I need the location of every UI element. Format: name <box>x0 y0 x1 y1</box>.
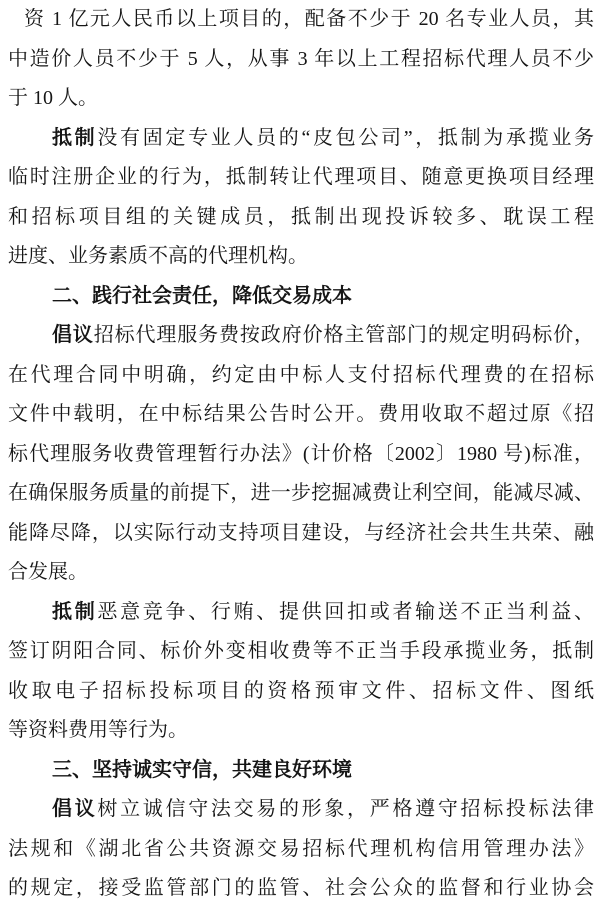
paragraph-line: 于 10 人。 <box>8 79 594 119</box>
document-page: 资 1 亿元人民币以上项目的，配备不少于 20 名专业人员，其 中造价人员不少于… <box>0 0 600 909</box>
paragraph-text: 招标代理服务费按政府价格主管部门的规定明码标价， <box>94 324 594 346</box>
paragraph-line: 的规定，接受监管部门的监管、社会公众的监督和行业协会 <box>8 869 594 909</box>
paragraph-text: 树立诚信守法交易的形象，严格遵守招标投标法律 <box>97 798 594 820</box>
bold-lead: 抵制 <box>52 601 97 623</box>
paragraph-line: 进度、业务素质不高的代理机构。 <box>8 237 594 277</box>
paragraph-line: 收取电子招标投标项目的资格预审文件、招标文件、图纸 <box>8 672 594 712</box>
paragraph-text: 恶意竞争、行贿、提供回扣或者输送不正当利益、 <box>97 601 594 623</box>
paragraph-line: 标代理服务收费管理暂行办法》(计价格〔2002〕1980 号)标准， <box>8 435 594 475</box>
paragraph-line: 在确保服务质量的前提下，进一步挖掘减费让利空间，能减尽减、 <box>8 474 594 514</box>
paragraph: 抵制恶意竞争、行贿、提供回扣或者输送不正当利益、 签订阴阳合同、标价外变相收费等… <box>8 593 594 751</box>
paragraph-line: 法规和《湖北省公共资源交易招标代理机构信用管理办法》 <box>8 830 594 870</box>
paragraph-line: 抵制恶意竞争、行贿、提供回扣或者输送不正当利益、 <box>8 593 594 633</box>
paragraph-line: 等资料费用等行为。 <box>8 711 594 751</box>
paragraph-line: 合发展。 <box>8 553 594 593</box>
paragraph-line: 文件中载明，在中标结果公告时公开。费用收取不超过原《招 <box>8 395 594 435</box>
paragraph-line: 中造价人员不少于 5 人，从事 3 年以上工程招标代理人员不少 <box>8 40 594 80</box>
section-heading: 二、践行社会责任，降低交易成本 <box>8 277 594 317</box>
bold-lead: 倡议 <box>52 798 97 820</box>
paragraph-line: 资 1 亿元人民币以上项目的，配备不少于 20 名专业人员，其 <box>8 0 594 40</box>
paragraph: 倡议树立诚信守法交易的形象，严格遵守招标投标法律 法规和《湖北省公共资源交易招标… <box>8 790 594 909</box>
paragraph-line: 倡议树立诚信守法交易的形象，严格遵守招标投标法律 <box>8 790 594 830</box>
paragraph-line: 能降尽降，以实际行动支持项目建设，与经济社会共生共荣、融 <box>8 514 594 554</box>
paragraph-line: 临时注册企业的行为，抵制转让代理项目、随意更换项目经理 <box>8 158 594 198</box>
paragraph-continuation: 资 1 亿元人民币以上项目的，配备不少于 20 名专业人员，其 中造价人员不少于… <box>8 0 594 119</box>
paragraph-line: 抵制没有固定专业人员的“皮包公司”，抵制为承揽业务 <box>8 119 594 159</box>
bold-lead: 倡议 <box>52 324 94 346</box>
paragraph-line: 签订阴阳合同、标价外变相收费等不正当手段承揽业务，抵制 <box>8 632 594 672</box>
paragraph-text: 没有固定专业人员的“皮包公司”，抵制为承揽业务 <box>97 127 594 149</box>
section-heading: 三、坚持诚实守信，共建良好环境 <box>8 751 594 791</box>
paragraph-line: 和招标项目组的关键成员，抵制出现投诉较多、耽误工程 <box>8 198 594 238</box>
paragraph-line: 倡议招标代理服务费按政府价格主管部门的规定明码标价， <box>8 316 594 356</box>
paragraph-line: 在代理合同中明确，约定由中标人支付招标代理费的在招标 <box>8 356 594 396</box>
paragraph: 倡议招标代理服务费按政府价格主管部门的规定明码标价， 在代理合同中明确，约定由中… <box>8 316 594 593</box>
bold-lead: 抵制 <box>52 127 97 149</box>
paragraph: 抵制没有固定专业人员的“皮包公司”，抵制为承揽业务 临时注册企业的行为，抵制转让… <box>8 119 594 277</box>
